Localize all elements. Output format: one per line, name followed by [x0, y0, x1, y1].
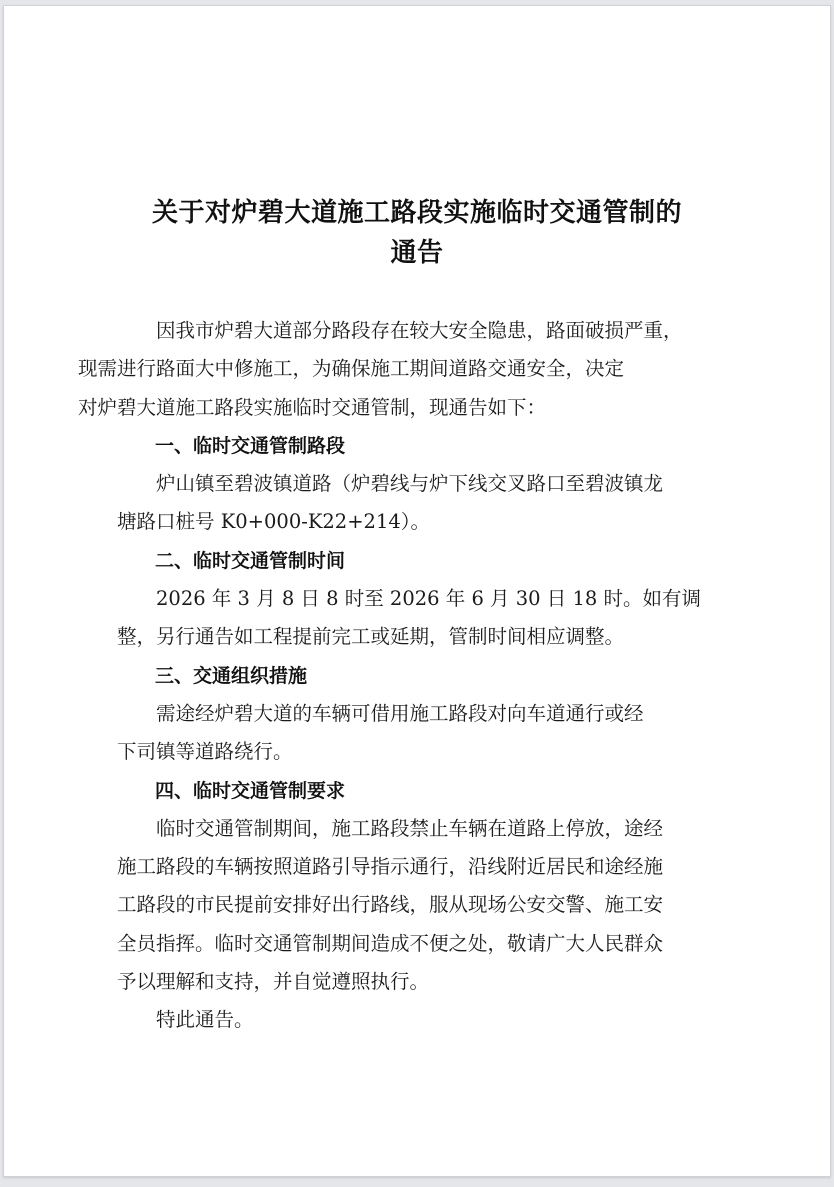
document-body: 因我市炉碧大道部分路段存在较大安全隐患，路面破损严重， 现需进行路面大中修施工，… — [117, 312, 729, 1040]
section-line: 塘路口桩号 K0+000-K22+214）。 — [78, 503, 729, 541]
section-line: 炉山镇至碧波镇道路（炉碧线与炉下线交叉路口至碧波镇龙 — [117, 465, 729, 503]
section-line: 工路段的市民提前安排好出行路线，服从现场公安交警、施工安 — [78, 886, 729, 924]
section-line: 下司镇等道路绕行。 — [78, 733, 729, 771]
section-heading-3: 三、交通组织措施 — [117, 657, 729, 695]
intro-paragraph: 因我市炉碧大道部分路段存在较大安全隐患，路面破损严重， 现需进行路面大中修施工，… — [117, 312, 729, 427]
document-title-line2: 通告 — [4, 232, 830, 269]
document-page: 关于对炉碧大道施工路段实施临时交通管制的 通告 因我市炉碧大道部分路段存在较大安… — [3, 5, 831, 1177]
intro-line: 对炉碧大道施工路段实施临时交通管制，现通告如下： — [78, 389, 729, 427]
closing-line: 特此通告。 — [117, 1001, 729, 1039]
section-line: 临时交通管制期间，施工路段禁止车辆在道路上停放，途经 — [117, 810, 729, 848]
section-line: 予以理解和支持，并自觉遵照执行。 — [78, 963, 729, 1001]
section-paragraph-1: 炉山镇至碧波镇道路（炉碧线与炉下线交叉路口至碧波镇龙 塘路口桩号 K0+000-… — [117, 465, 729, 542]
section-paragraph-3: 需途经炉碧大道的车辆可借用施工路段对向车道通行或经 下司镇等道路绕行。 — [117, 695, 729, 772]
section-line: 全员指挥。临时交通管制期间造成不便之处，敬请广大人民群众 — [78, 925, 729, 963]
section-heading-4: 四、临时交通管制要求 — [117, 772, 729, 810]
section-line: 2026 年 3 月 8 日 8 时至 2026 年 6 月 30 日 18 时… — [117, 580, 729, 618]
section-line: 整，另行通告如工程提前完工或延期，管制时间相应调整。 — [78, 618, 729, 656]
section-line: 施工路段的车辆按照道路引导指示通行，沿线附近居民和途经施 — [78, 848, 729, 886]
section-line: 需途经炉碧大道的车辆可借用施工路段对向车道通行或经 — [117, 695, 729, 733]
intro-line: 因我市炉碧大道部分路段存在较大安全隐患，路面破损严重， — [117, 312, 729, 350]
section-heading-2: 二、临时交通管制时间 — [117, 542, 729, 580]
section-paragraph-2: 2026 年 3 月 8 日 8 时至 2026 年 6 月 30 日 18 时… — [117, 580, 729, 657]
document-title-line1: 关于对炉碧大道施工路段实施临时交通管制的 — [4, 192, 830, 229]
intro-line: 现需进行路面大中修施工，为确保施工期间道路交通安全，决定 — [78, 350, 729, 388]
section-paragraph-4: 临时交通管制期间，施工路段禁止车辆在道路上停放，途经 施工路段的车辆按照道路引导… — [117, 810, 729, 1001]
section-heading-1: 一、临时交通管制路段 — [117, 427, 729, 465]
